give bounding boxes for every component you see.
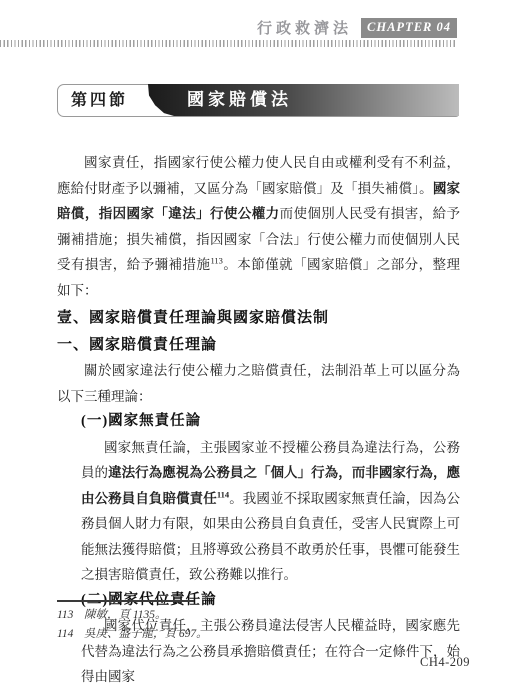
footnote-text: 陳敏，頁 1135。	[84, 606, 167, 625]
heading-part-one: 壹、國家賠償責任理論與國家賠償法制	[57, 306, 460, 332]
footnote-113: 113 陳敏，頁 1135。	[57, 606, 208, 625]
footnotes: 113 陳敏，頁 1135。 114 吳庚、盛子龍，頁 697。	[57, 606, 208, 643]
footnote-114: 114 吳庚、盛子龍，頁 697。	[57, 625, 208, 644]
section-heading: 第四節 國家賠償法	[57, 84, 459, 117]
footnote-number: 113	[57, 606, 84, 625]
footnote-ref-114: 114	[217, 489, 229, 499]
page-number: CH4-209	[420, 655, 470, 670]
book-title: 行政救濟法	[257, 17, 352, 38]
section-title: 國家賠償法	[148, 84, 459, 115]
footnote-text: 吳庚、盛子龍，頁 697。	[84, 625, 208, 644]
tick-divider	[0, 40, 456, 47]
subsection-no-liability: (一)國家無責任論 國家無責任論，主張國家並不授權公務員為違法行為，公務員的違法…	[81, 409, 460, 588]
theory-intro-paragraph: 關於國家違法行使公權力之賠償責任，法制沿革上可以區分為以下三種理論：	[57, 358, 460, 409]
subheading-no-liability: (一)國家無責任論	[81, 409, 460, 435]
footnote-divider	[57, 600, 194, 602]
footnote-ref-113: 113	[210, 256, 222, 266]
heading-compensation-theory: 一、國家賠償責任理論	[57, 333, 460, 359]
section-title-banner: 國家賠償法	[148, 84, 459, 116]
running-header: 行政救濟法 CHAPTER 04	[257, 17, 457, 38]
text-run: 國家責任，指國家行使公權力使人民自由或權利受有不利益，應給付財產予以彌補，又區分…	[57, 155, 460, 196]
footnote-number: 114	[57, 625, 84, 644]
chapter-badge: CHAPTER 04	[361, 18, 457, 38]
section-number: 第四節	[71, 85, 128, 116]
intro-paragraph: 國家責任，指國家行使公權力使人民自由或權利受有不利益，應給付財產予以彌補，又區分…	[57, 150, 460, 303]
no-liability-paragraph: 國家無責任論，主張國家並不授權公務員為違法行為，公務員的違法行為應視為公務員之「…	[81, 435, 460, 588]
